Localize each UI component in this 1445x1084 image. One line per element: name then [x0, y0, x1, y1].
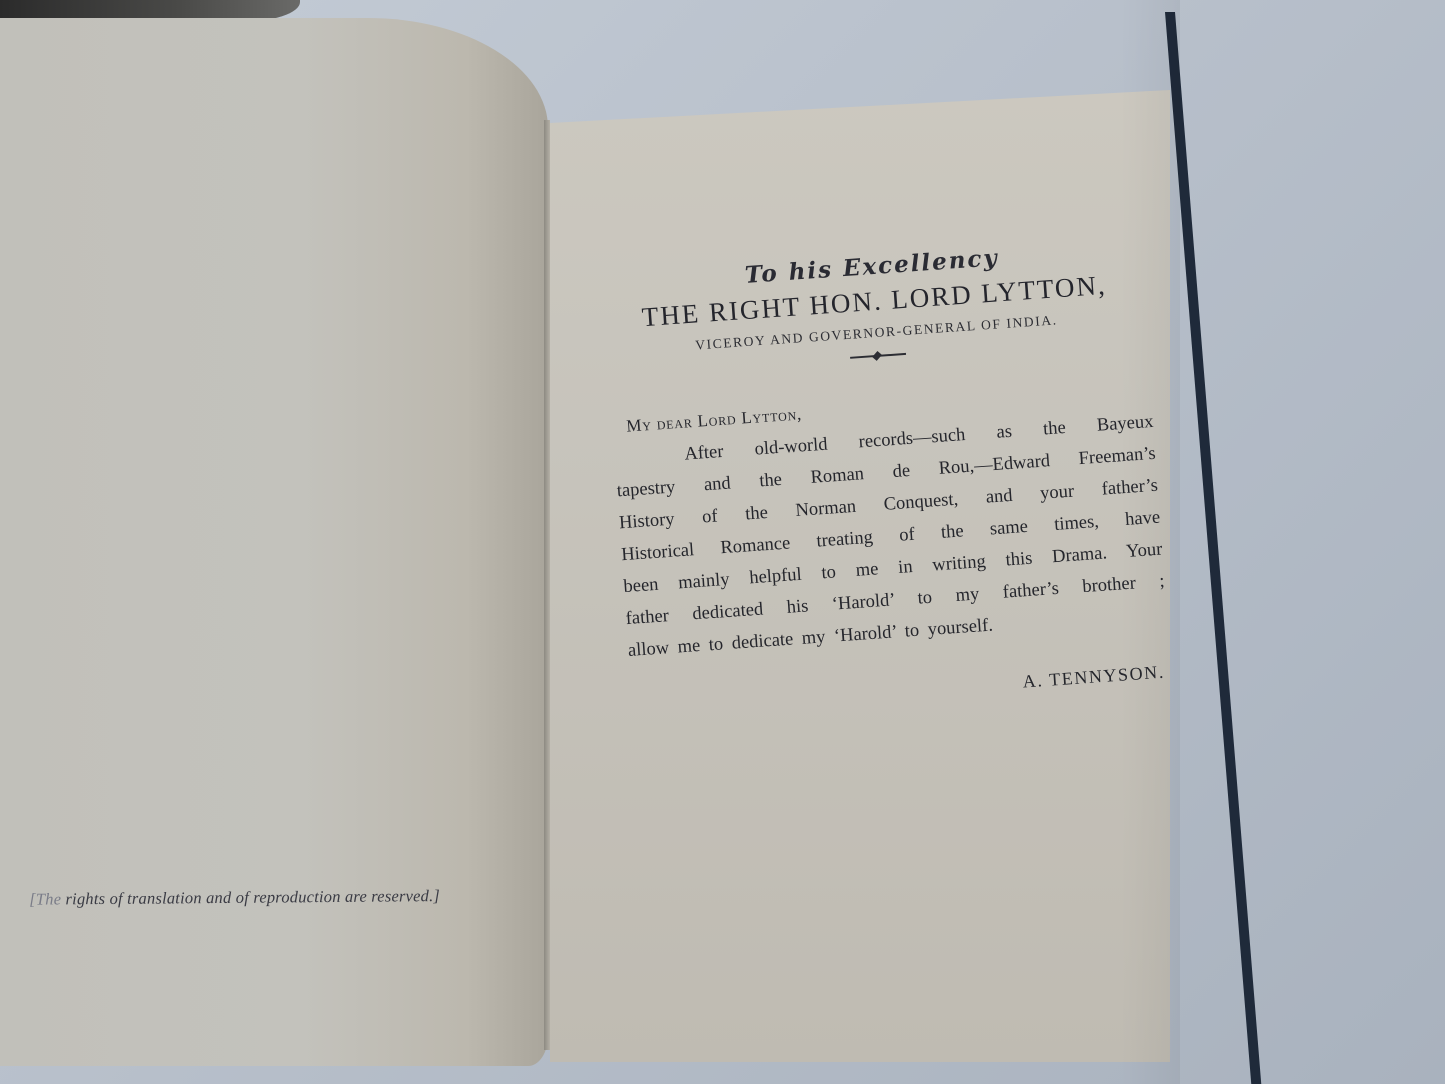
book-gutter	[544, 120, 550, 1050]
dedication-block: To his Excellency THE RIGHT HON. LORD LY…	[600, 212, 1172, 725]
ornament-rule-icon	[850, 353, 906, 359]
notice-text: rights of translation and of reproductio…	[65, 886, 440, 908]
dedication-letter: My dear Lord Lytton, After old-world rec…	[611, 374, 1172, 725]
reservation-notice: [The rights of translation and of reprod…	[0, 886, 440, 910]
notice-faded-prefix: [The	[29, 889, 65, 908]
